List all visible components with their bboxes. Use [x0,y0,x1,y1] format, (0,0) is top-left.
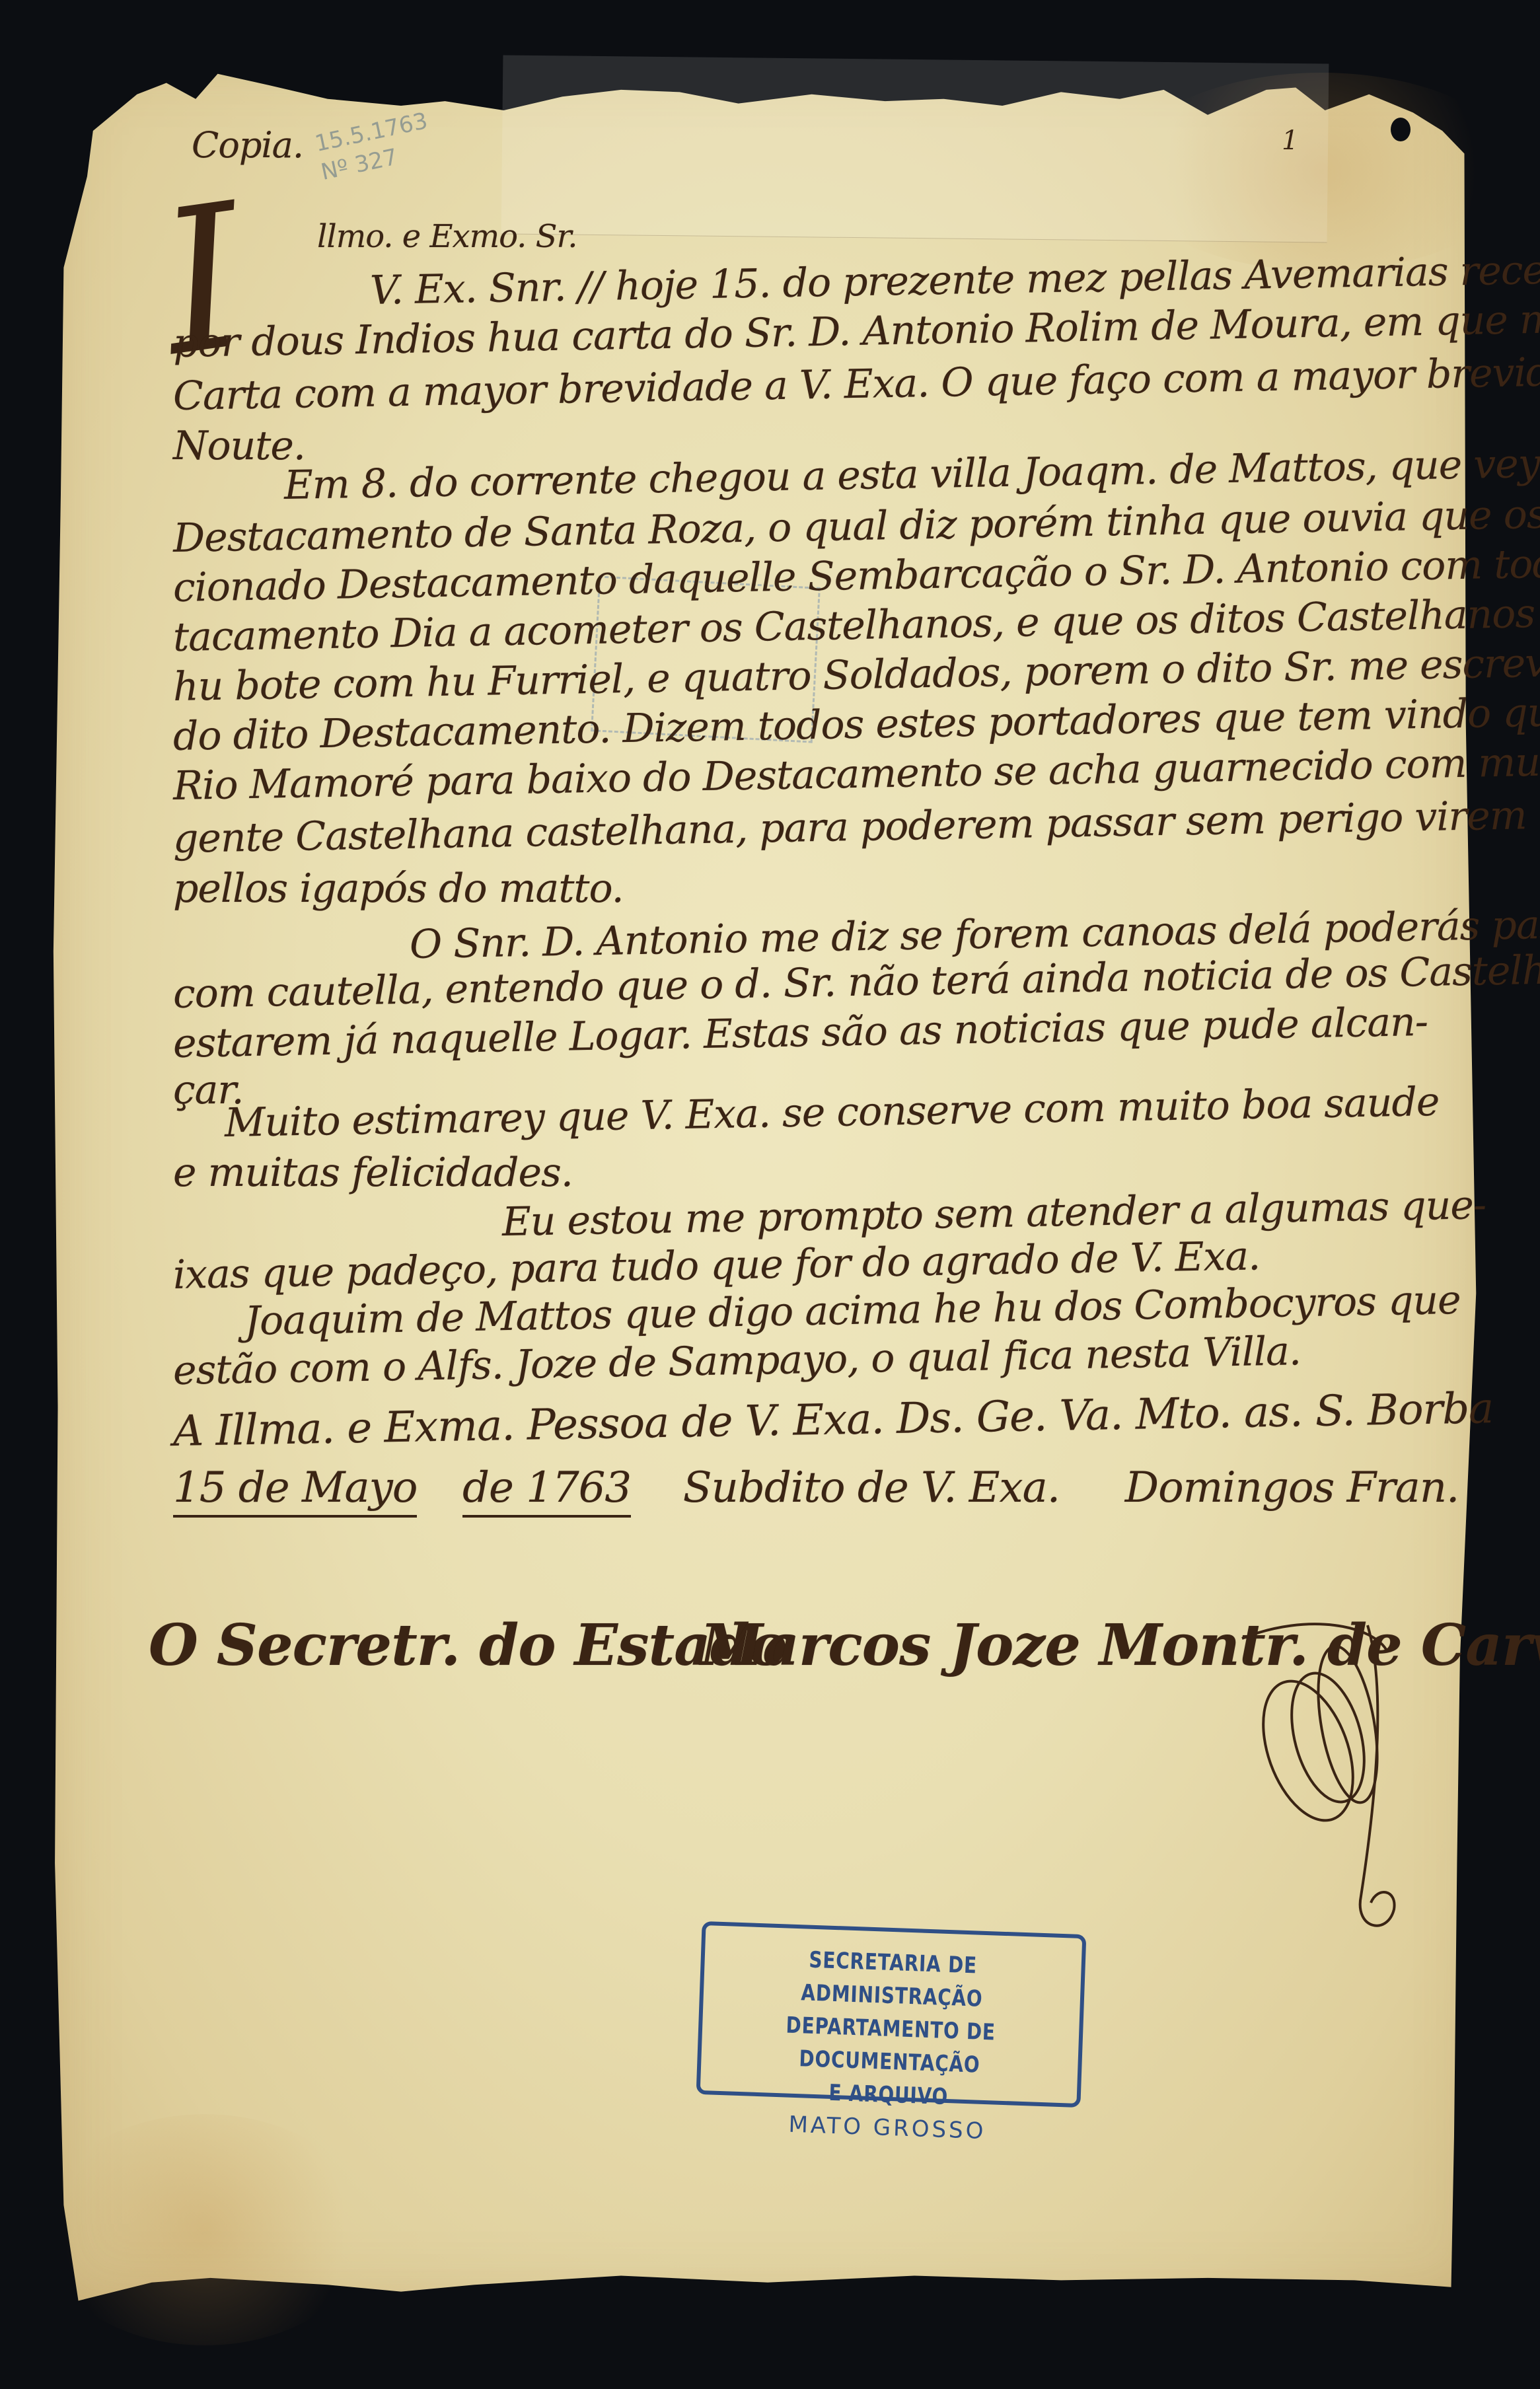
page-number: 1 [1282,126,1298,156]
archive-stamp: SECRETARIA DE ADMINISTRAÇÃO DEPARTAMENTO… [696,1921,1087,2108]
repair-tape [501,55,1329,242]
stamp-line-secretaria: SECRETARIA DE ADMINISTRAÇÃO [737,1941,1048,2018]
body-line: pellos igapós do matto. [173,865,624,912]
copy-label: Copia. [192,124,303,166]
body-line: e muitas felicidades. [173,1150,573,1196]
edge-stain [40,2114,370,2345]
signature-flourish-icon [1229,1612,1427,1942]
stamp-line-departamento: DEPARTAMENTO DE DOCUMENTAÇÃO [735,2007,1046,2084]
closing-date: 15 de Mayo de 1763 Subdito de V. Exa. Do… [173,1463,1459,1512]
letter-date: 15 de Mayo [173,1463,417,1518]
signatory: Domingos Fran. [1125,1463,1459,1512]
letter-year: de 1763 [462,1463,631,1518]
paper-hole [1391,118,1411,141]
salutation: llmo. e Exmo. Sr. [317,218,577,255]
signature-title: O Secretr. do Estado [149,1612,786,1679]
subscription: Subdito de V. Exa. [683,1463,1060,1512]
